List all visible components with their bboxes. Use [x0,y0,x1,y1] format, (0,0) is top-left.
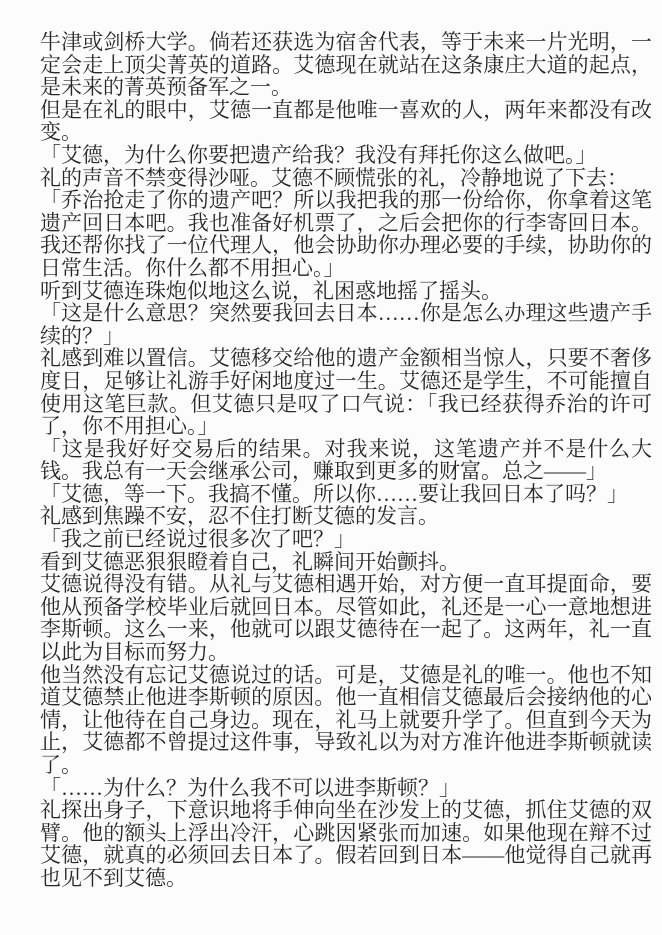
paragraph: 艾德说得没有错。从礼与艾德相遇开始，对方便一直耳提面命，要他从预备学校毕业后就回… [40,573,652,663]
paragraph-dialogue: 「乔治抢走了你的遗产吧？所以我把我的那一份给你，你拿着这笔遗产回日本吧。我也准备… [40,189,652,279]
paragraph: 听到艾德连珠炮似地这么说，礼困惑地摇了摇头。 [40,280,652,303]
paragraph: 礼感到焦躁不安，忍不住打断艾德的发言。 [40,505,652,528]
paragraph-dialogue: 「这是什么意思？突然要我回去日本……你是怎么办理这些遗产手续的？」 [40,302,652,347]
paragraph: 看到艾德恶狠狠瞪着自己，礼瞬间开始颤抖。 [40,551,652,574]
page-background: { "document": { "type": "novel-text-page… [0,0,662,935]
paragraph: 礼感到难以置信。艾德移交给他的遗产金额相当惊人，只要不奢侈度日，足够让礼游手好闲… [40,347,652,437]
paragraph-dialogue: 「艾德，为什么你要把遗产给我？我没有拜托你这么做吧。」 [40,144,652,167]
paragraph: 牛津或剑桥大学。倘若还获选为宿舍代表，等于未来一片光明，一定会走上顶尖菁英的道路… [40,31,652,99]
paragraph-dialogue: 「艾德，等一下。我搞不懂。所以你……要让我回日本了吗？」 [40,483,652,506]
novel-page: 牛津或剑桥大学。倘若还获选为宿舍代表，等于未来一片光明，一定会走上顶尖菁英的道路… [0,0,662,935]
paragraph: 礼探出身子，下意识地将手伸向坐在沙发上的艾德，抓住艾德的双臂。他的额头上浮出冷汗… [40,799,652,889]
paragraph-dialogue: 「这是我好好交易后的结果。对我来说，这笔遗产并不是什么大钱。我总有一天会继承公司… [40,438,652,483]
paragraph: 他当然没有忘记艾德说过的话。可是，艾德是礼的唯一。他也不知道艾德禁止他进李斯顿的… [40,664,652,777]
paragraph-dialogue: 「我之前已经说过很多次了吧？」 [40,528,652,551]
paragraph-dialogue: 「……为什么？为什么我不可以进李斯顿？」 [40,777,652,800]
paragraph: 礼的声音不禁变得沙哑。艾德不顾慌张的礼，冷静地说了下去： [40,167,652,190]
novel-text-block: 牛津或剑桥大学。倘若还获选为宿舍代表，等于未来一片光明，一定会走上顶尖菁英的道路… [40,31,652,890]
paragraph: 但是在礼的眼中，艾德一直都是他唯一喜欢的人，两年来都没有改变。 [40,99,652,144]
